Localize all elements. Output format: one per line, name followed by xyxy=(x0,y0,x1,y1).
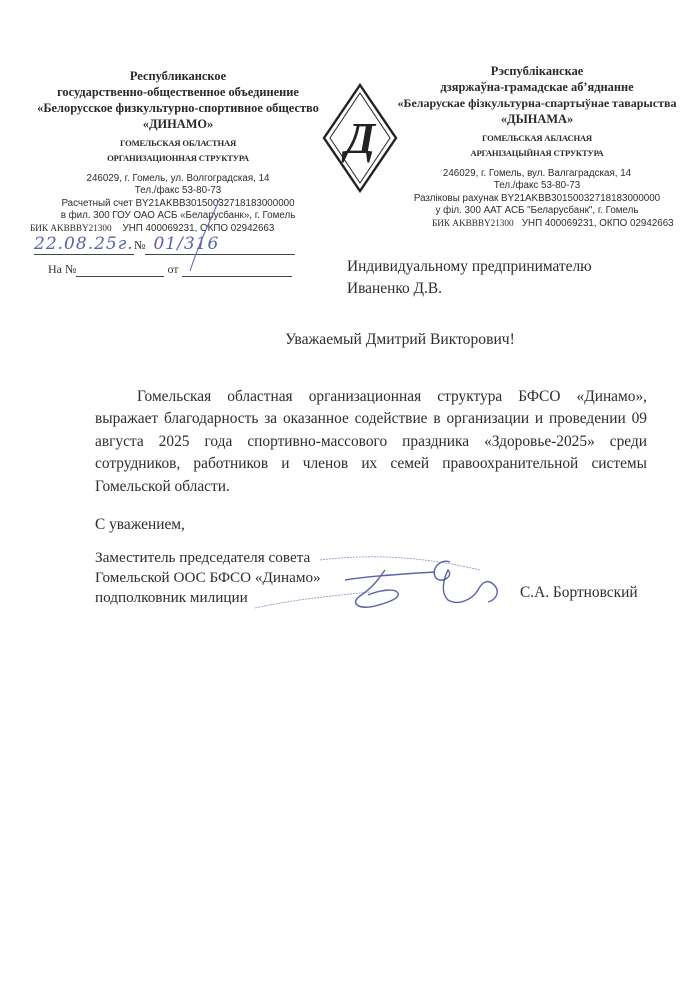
reply-label: На № xyxy=(48,262,76,276)
svg-text:Д: Д xyxy=(341,114,377,163)
outgoing-date: 22.08.25г. xyxy=(34,234,134,255)
number-label: № xyxy=(134,238,145,252)
address-line: 246029, г. Гомель, ул. Волгоградская, 14 xyxy=(28,173,328,185)
bik-code: БИК AKBBBY21300 xyxy=(432,218,514,228)
handwritten-signature-icon xyxy=(250,548,530,623)
reply-number-field xyxy=(76,262,164,277)
account-line: Разліковы рахунак BY21AKBB30150032718183… xyxy=(392,193,682,205)
signatory-name: С.А. Бортновский xyxy=(520,584,638,602)
org-name-line: Республиканское xyxy=(28,68,328,84)
greeting: Уважаемый Дмитрий Викторович! xyxy=(0,331,700,349)
division-line: арганізацыйная структура xyxy=(392,146,682,161)
body-paragraph: Гомельская областная организационная стр… xyxy=(95,386,647,498)
addressee: Индивидуальному предпринимателю Иваненко… xyxy=(347,256,592,300)
bik-unp-line: БИК AKBBBY21300 УНП 400069231, ОКПО 0294… xyxy=(392,217,682,230)
unp-okpo: УНП 400069231, ОКПО 02942663 xyxy=(522,218,674,229)
letterhead-left: Республиканское государственно-обществен… xyxy=(28,68,328,235)
org-name-line: Рэспубліканскае xyxy=(392,63,682,79)
pen-stroke-icon xyxy=(180,196,230,276)
org-name-line: «ДЫНАМА» xyxy=(392,111,682,127)
org-name-line: «Беларускае фізкультурна-спартыўнае тава… xyxy=(392,95,682,111)
org-name-line: государственно-общественное объединение xyxy=(28,84,328,100)
account-line: Расчетный счет BY21AKBB30150032718183000… xyxy=(28,198,328,210)
org-name-line: «ДИНАМО» xyxy=(28,116,328,132)
phone-line: Тел./факс 53-80-73 xyxy=(392,180,682,192)
division-line: организационная структура xyxy=(28,151,328,166)
closing: С уважением, xyxy=(95,516,185,534)
bank-line: в фил. 300 ГОУ ОАО АСБ «Беларусбанк», г.… xyxy=(28,210,328,222)
division-line: Гомельская областная xyxy=(28,136,328,151)
bik-code: БИК AKBBBY21300 xyxy=(30,223,112,233)
addressee-name: Иваненко Д.В. xyxy=(347,278,592,300)
from-label: от xyxy=(167,262,178,276)
dynamo-diamond-logo-icon: Д xyxy=(322,83,398,193)
addressee-position: Индивидуальному предпринимателю xyxy=(347,256,592,278)
outgoing-registration: 22.08.25г.№01/316 xyxy=(34,234,304,255)
letter-body: Гомельская областная организационная стр… xyxy=(95,386,647,498)
incoming-reference: На № от xyxy=(48,262,308,277)
org-name-line: «Белорусское физкультурно-спортивное общ… xyxy=(28,100,328,116)
division-line: Гомельская абласная xyxy=(392,131,682,146)
phone-line: Тел./факс 53-80-73 xyxy=(28,185,328,197)
address-line: 246029, г. Гомель, вул. Валгаградская, 1… xyxy=(392,168,682,180)
letterhead-right: Рэспубліканскае дзяржаўна-грамадскае аб’… xyxy=(392,63,682,230)
bank-line: у філ. 300 ААТ АСБ "Беларусбанк", г. Гом… xyxy=(392,205,682,217)
org-name-line: дзяржаўна-грамадскае аб’яднанне xyxy=(392,79,682,95)
